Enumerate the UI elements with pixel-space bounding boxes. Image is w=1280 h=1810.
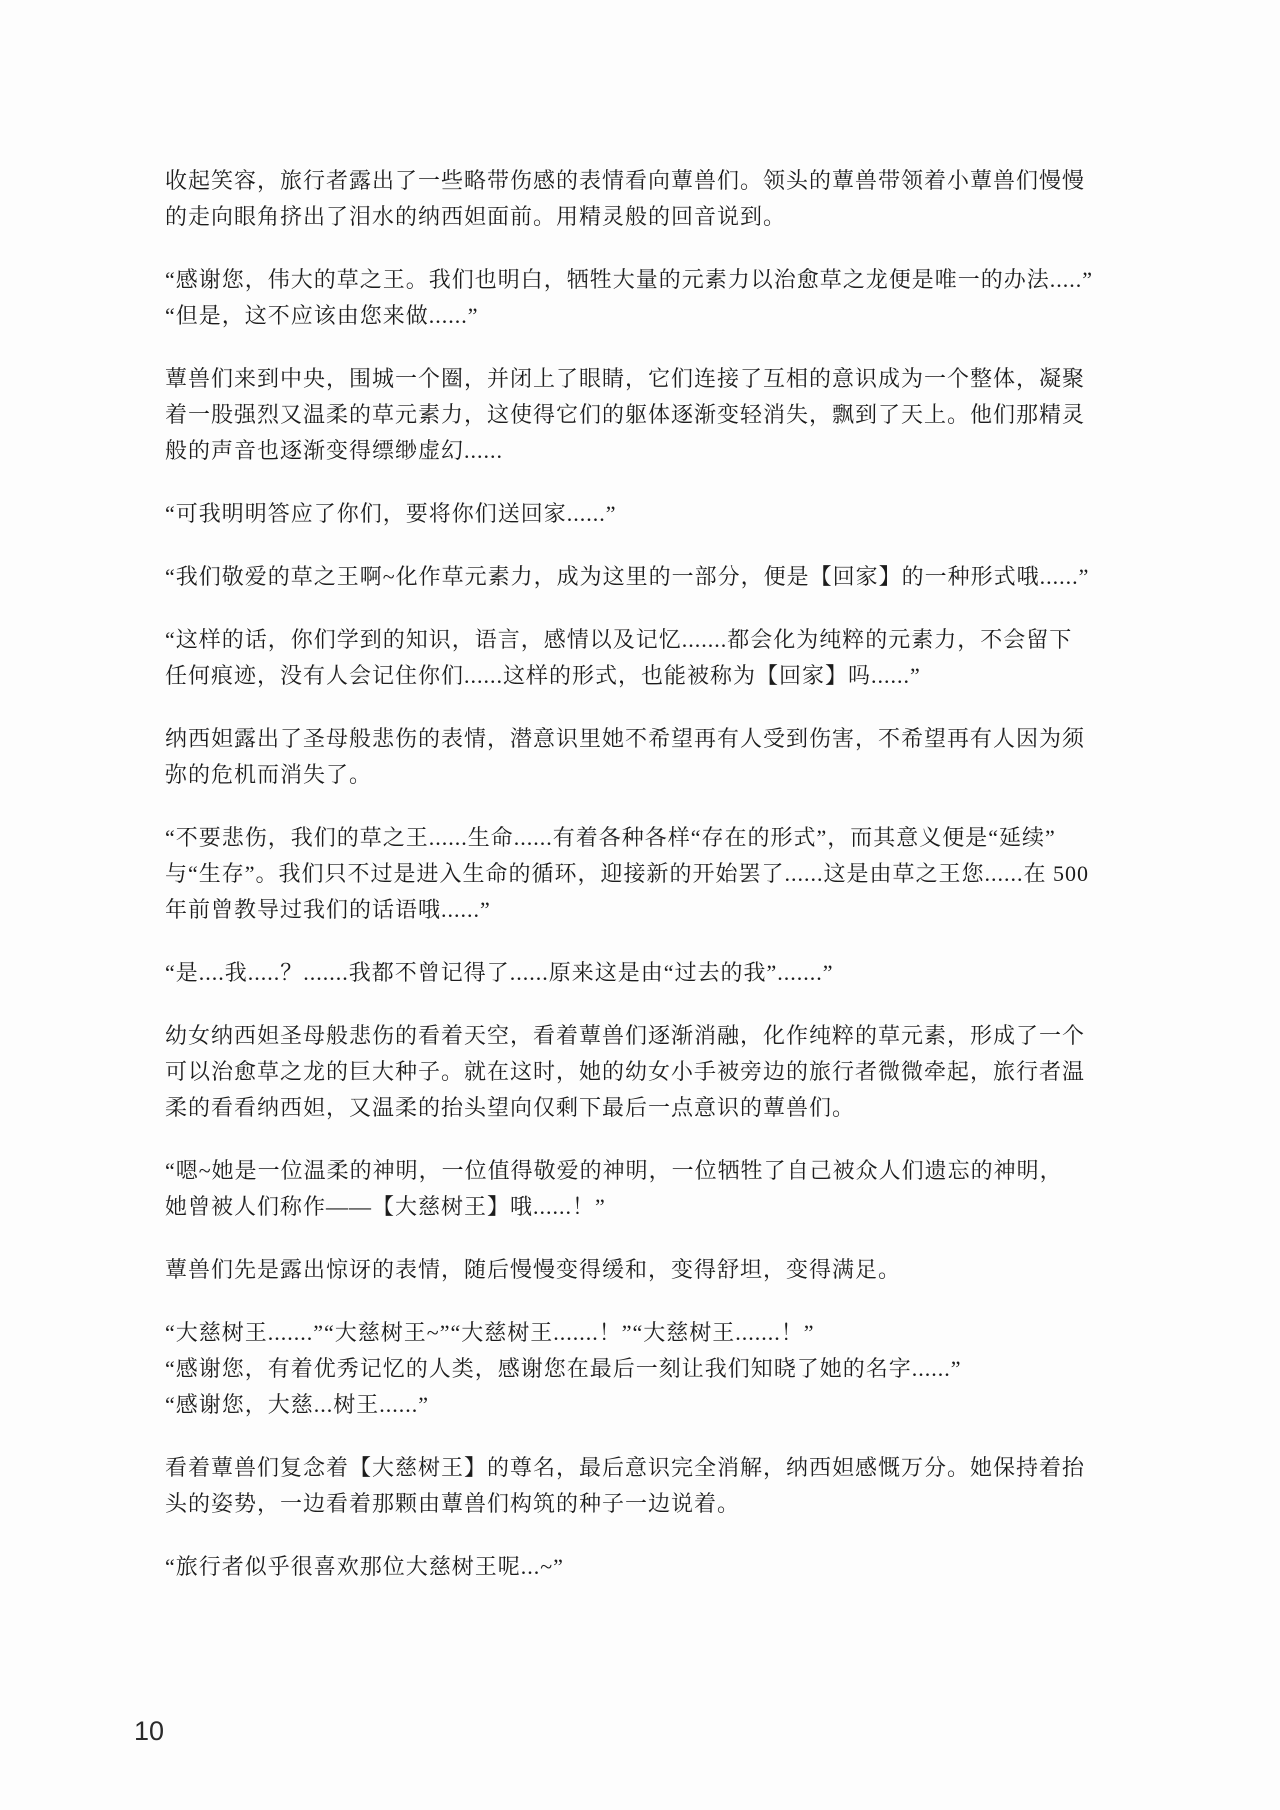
page-text: 收起笑容，旅行者露出了一些略带伤感的表情看向蕈兽们。领头的蕈兽带领着小蕈兽们慢慢… bbox=[165, 163, 1165, 1612]
text-line: 蕈兽们来到中央，围城一个圈，并闭上了眼睛，它们连接了互相的意识成为一个整体，凝聚 bbox=[165, 361, 1165, 397]
paragraph: “这样的话，你们学到的知识，语言，感情以及记忆.......都会化为纯粹的元素力… bbox=[165, 622, 1165, 694]
paragraph: “可我明明答应了你们，要将你们送回家......” bbox=[165, 496, 1165, 532]
text-line: 蕈兽们先是露出惊讶的表情，随后慢慢变得缓和，变得舒坦，变得满足。 bbox=[165, 1252, 1165, 1288]
paragraph: “感谢您，伟大的草之王。我们也明白，牺牲大量的元素力以治愈草之龙便是唯一的办法.… bbox=[165, 262, 1165, 334]
paragraph: “我们敬爱的草之王啊~化作草元素力，成为这里的一部分，便是【回家】的一种形式哦.… bbox=[165, 559, 1165, 595]
text-line: “但是，这不应该由您来做......” bbox=[165, 298, 1165, 334]
text-line: 的走向眼角挤出了泪水的纳西妲面前。用精灵般的回音说到。 bbox=[165, 199, 1165, 235]
text-line: 年前曾教导过我们的话语哦......” bbox=[165, 892, 1165, 928]
text-line: 幼女纳西妲圣母般悲伤的看着天空，看着蕈兽们逐渐消融，化作纯粹的草元素，形成了一个 bbox=[165, 1018, 1165, 1054]
paragraph: “是....我.....？.......我都不曾记得了......原来这是由“过… bbox=[165, 955, 1165, 991]
page-number: 10 bbox=[134, 1716, 164, 1747]
text-line: “是....我.....？.......我都不曾记得了......原来这是由“过… bbox=[165, 955, 1165, 991]
text-line: “我们敬爱的草之王啊~化作草元素力，成为这里的一部分，便是【回家】的一种形式哦.… bbox=[165, 559, 1165, 595]
paragraph: 蕈兽们先是露出惊讶的表情，随后慢慢变得缓和，变得舒坦，变得满足。 bbox=[165, 1252, 1165, 1288]
text-line: “感谢您，大慈...树王......” bbox=[165, 1387, 1165, 1423]
text-line: “感谢您，伟大的草之王。我们也明白，牺牲大量的元素力以治愈草之龙便是唯一的办法.… bbox=[165, 262, 1165, 298]
paragraph: “大慈树王.......”“大慈树王~”“大慈树王.......！”“大慈树王.… bbox=[165, 1315, 1165, 1423]
paragraph: 看着蕈兽们复念着【大慈树王】的尊名，最后意识完全消解，纳西妲感慨万分。她保持着抬… bbox=[165, 1450, 1165, 1522]
paragraph: 收起笑容，旅行者露出了一些略带伤感的表情看向蕈兽们。领头的蕈兽带领着小蕈兽们慢慢… bbox=[165, 163, 1165, 235]
paragraph: 纳西妲露出了圣母般悲伤的表情，潜意识里她不希望再有人受到伤害，不希望再有人因为须… bbox=[165, 721, 1165, 793]
text-line: 弥的危机而消失了。 bbox=[165, 757, 1165, 793]
paragraph: “不要悲伤，我们的草之王......生命......有着各种各样“存在的形式”，… bbox=[165, 820, 1165, 928]
text-line: “旅行者似乎很喜欢那位大慈树王呢...~” bbox=[165, 1549, 1165, 1585]
text-line: “感谢您，有着优秀记忆的人类，感谢您在最后一刻让我们知晓了她的名字......” bbox=[165, 1351, 1165, 1387]
text-line: 与“生存”。我们只不过是进入生命的循环，迎接新的开始罢了......这是由草之王… bbox=[165, 856, 1165, 892]
text-line: “这样的话，你们学到的知识，语言，感情以及记忆.......都会化为纯粹的元素力… bbox=[165, 622, 1165, 658]
text-line: “不要悲伤，我们的草之王......生命......有着各种各样“存在的形式”，… bbox=[165, 820, 1165, 856]
paragraph: “旅行者似乎很喜欢那位大慈树王呢...~” bbox=[165, 1549, 1165, 1585]
text-line: “大慈树王.......”“大慈树王~”“大慈树王.......！”“大慈树王.… bbox=[165, 1315, 1165, 1351]
text-line: 可以治愈草之龙的巨大种子。就在这时，她的幼女小手被旁边的旅行者微微牵起，旅行者温 bbox=[165, 1054, 1165, 1090]
text-line: 收起笑容，旅行者露出了一些略带伤感的表情看向蕈兽们。领头的蕈兽带领着小蕈兽们慢慢 bbox=[165, 163, 1165, 199]
paragraph: 蕈兽们来到中央，围城一个圈，并闭上了眼睛，它们连接了互相的意识成为一个整体，凝聚… bbox=[165, 361, 1165, 469]
text-line: 任何痕迹，没有人会记住你们......这样的形式，也能被称为【回家】吗.....… bbox=[165, 658, 1165, 694]
text-line: 头的姿势，一边看着那颗由蕈兽们构筑的种子一边说着。 bbox=[165, 1486, 1165, 1522]
text-line: 着一股强烈又温柔的草元素力，这使得它们的躯体逐渐变轻消失，飘到了天上。他们那精灵 bbox=[165, 397, 1165, 433]
text-line: 柔的看看纳西妲，又温柔的抬头望向仅剩下最后一点意识的蕈兽们。 bbox=[165, 1090, 1165, 1126]
text-line: 般的声音也逐渐变得缥缈虚幻...... bbox=[165, 433, 1165, 469]
paragraph: “嗯~她是一位温柔的神明，一位值得敬爱的神明，一位牺牲了自己被众人们遗忘的神明，… bbox=[165, 1153, 1165, 1225]
text-line: “嗯~她是一位温柔的神明，一位值得敬爱的神明，一位牺牲了自己被众人们遗忘的神明， bbox=[165, 1153, 1165, 1189]
text-line: 她曾被人们称作——【大慈树王】哦......！” bbox=[165, 1189, 1165, 1225]
text-line: “可我明明答应了你们，要将你们送回家......” bbox=[165, 496, 1165, 532]
text-line: 看着蕈兽们复念着【大慈树王】的尊名，最后意识完全消解，纳西妲感慨万分。她保持着抬 bbox=[165, 1450, 1165, 1486]
document-page: 收起笑容，旅行者露出了一些略带伤感的表情看向蕈兽们。领头的蕈兽带领着小蕈兽们慢慢… bbox=[0, 0, 1280, 1810]
paragraph: 幼女纳西妲圣母般悲伤的看着天空，看着蕈兽们逐渐消融，化作纯粹的草元素，形成了一个… bbox=[165, 1018, 1165, 1126]
text-line: 纳西妲露出了圣母般悲伤的表情，潜意识里她不希望再有人受到伤害，不希望再有人因为须 bbox=[165, 721, 1165, 757]
